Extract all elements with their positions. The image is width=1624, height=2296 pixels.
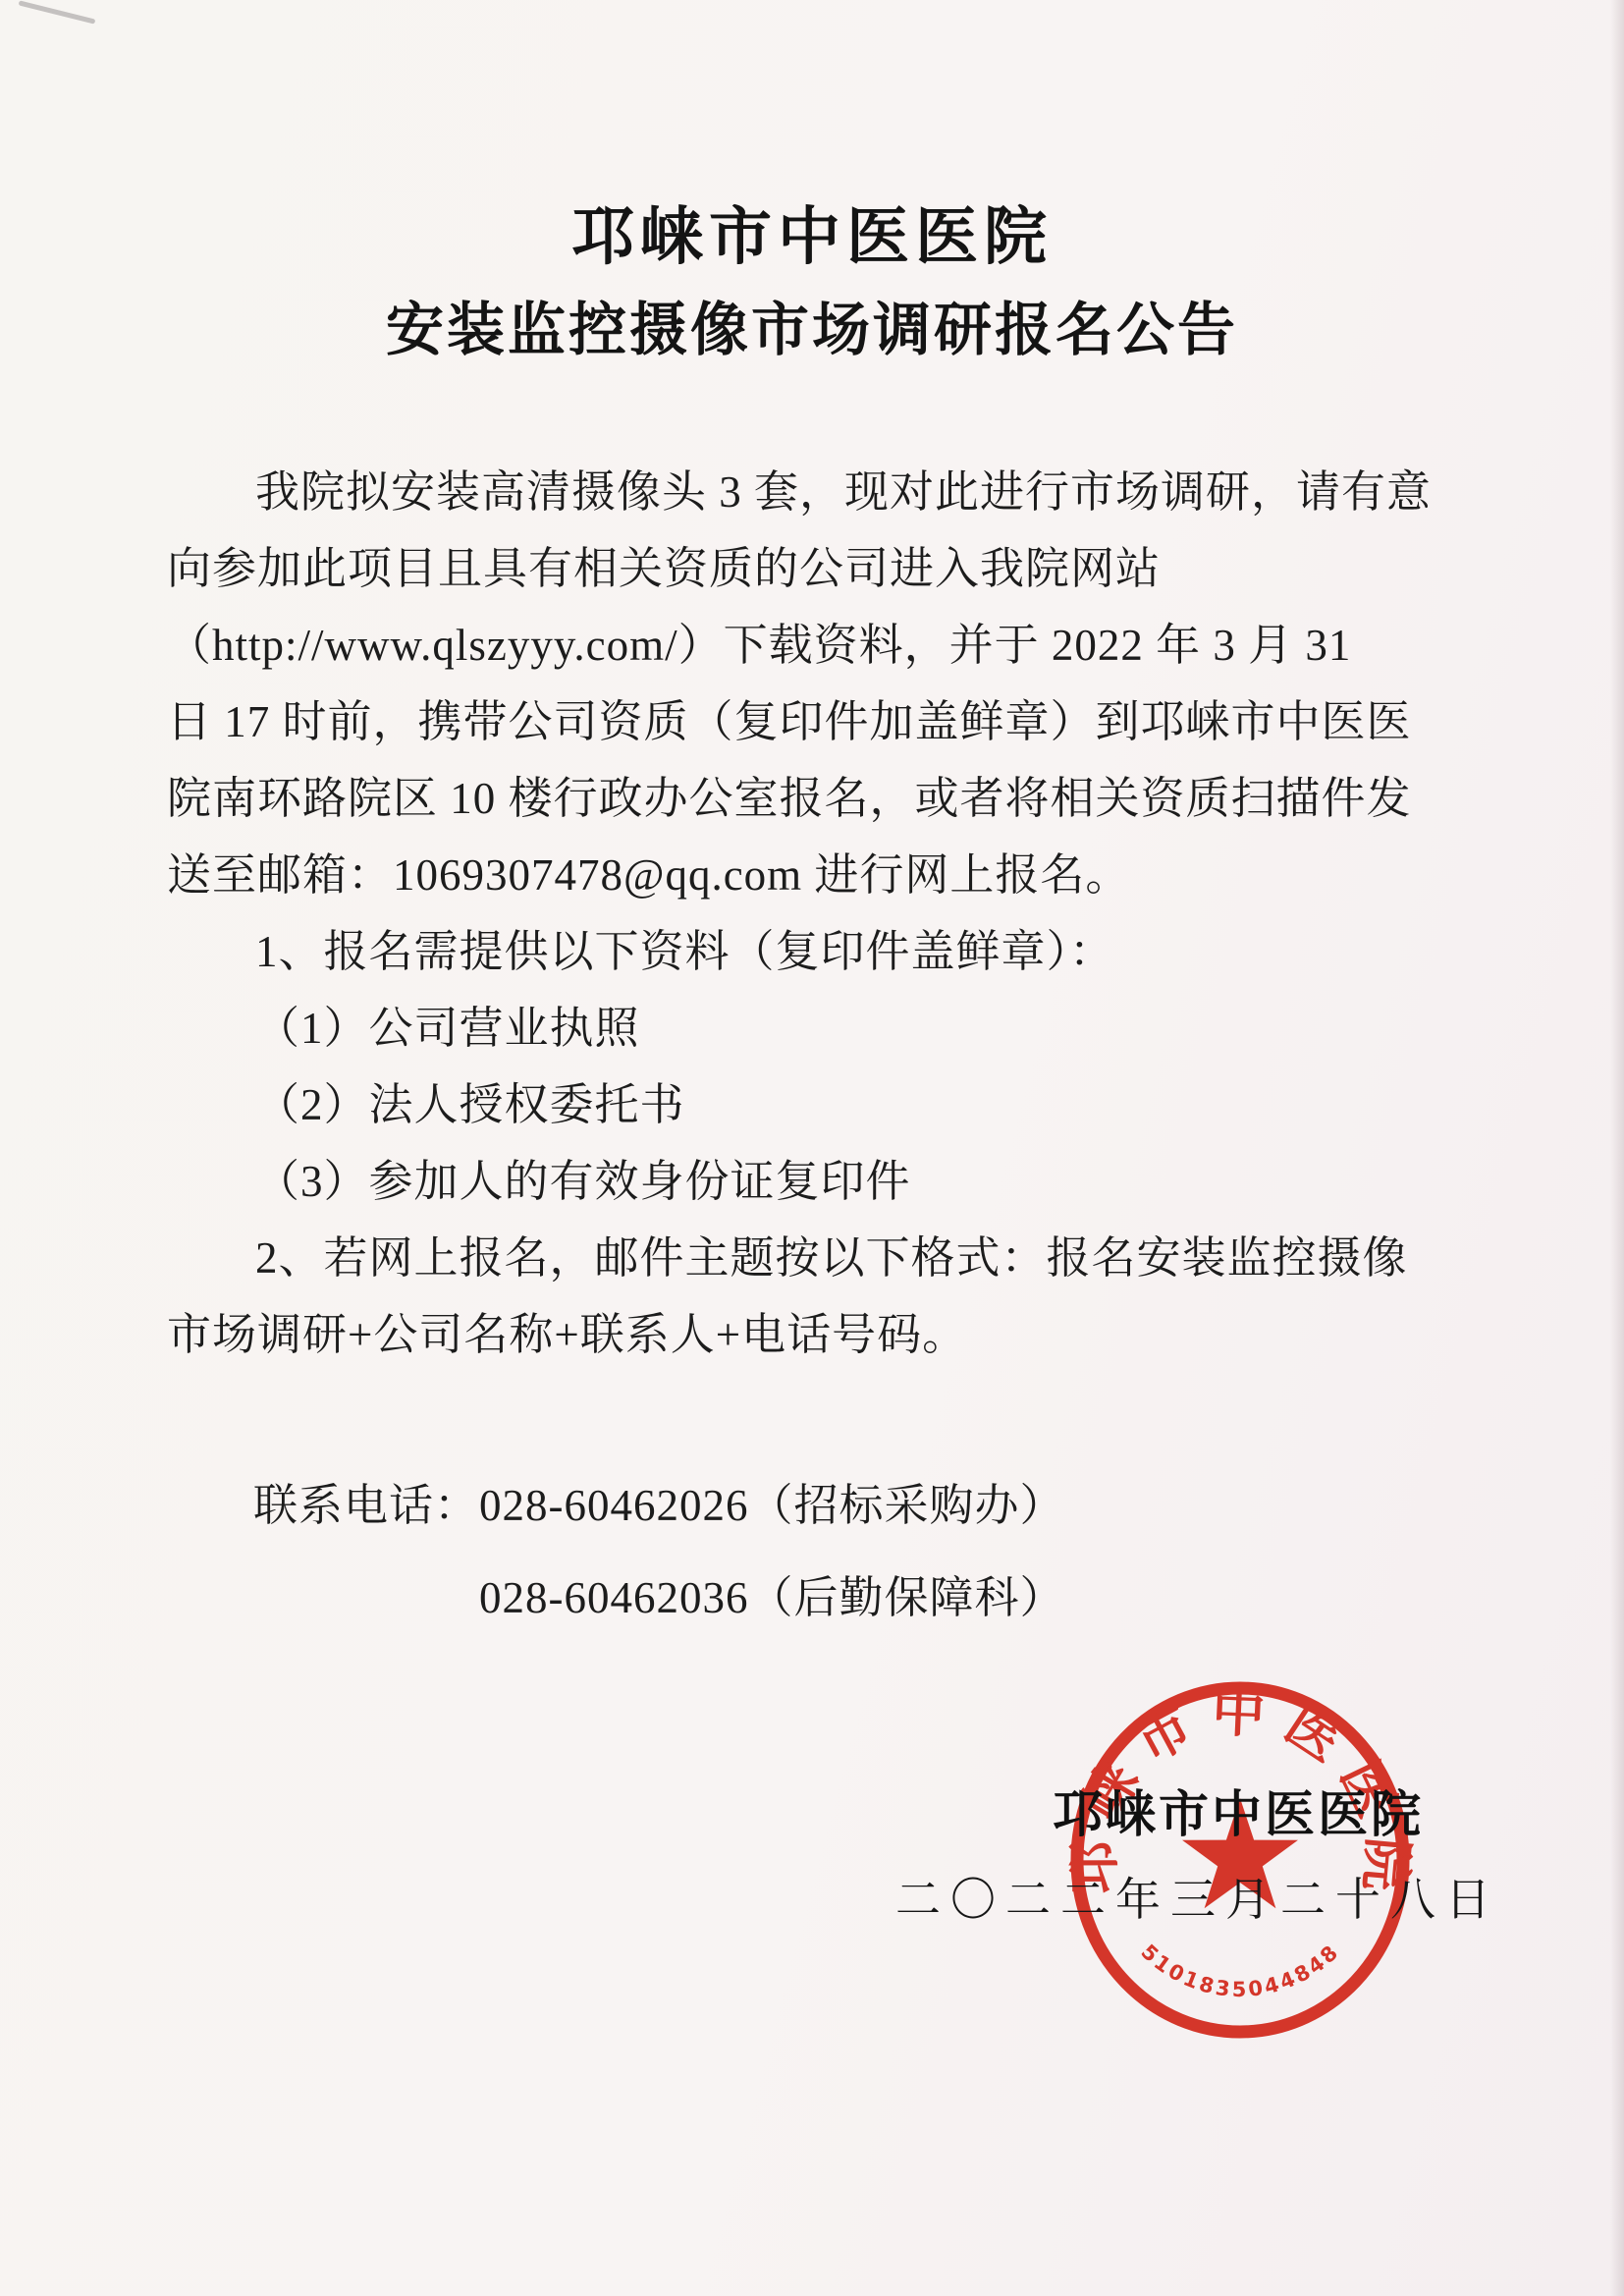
body-line: 日 17 时前，携带公司资质（复印件加盖鲜章）到邛崃市中医医 (167, 683, 1463, 760)
body-line: 院南环路院区 10 楼行政办公室报名，或者将相关资质扫描件发 (167, 760, 1463, 837)
document-title-line1: 邛崃市中医医院 (167, 187, 1457, 277)
document-title-line2: 安装监控摄像市场调研报名公告 (167, 283, 1457, 366)
body-line-item-1: 1、报名需提供以下资料（复印件盖鲜章）： (167, 913, 1463, 990)
signature-org: 邛崃市中医医院 (1053, 1774, 1424, 1846)
official-seal: 邛崃市中医医院 5101835044848 (1058, 1671, 1424, 2052)
body-line: 送至邮箱：1069307478@qq.com 进行网上报名。 (167, 837, 1463, 913)
body-line-item-1-2: （2）法人授权委托书 (167, 1066, 1463, 1143)
body-line: 向参加此项目且具有相关资质的公司进入我院网站 (167, 530, 1463, 607)
body-line-item-1-1: （1）公司营业执照 (167, 990, 1463, 1066)
announcement-body: 我院拟安装高清摄像头 3 套，现对此进行市场调研，请有意 向参加此项目且具有相关… (167, 454, 1463, 1373)
scan-edge-shadow (1610, 0, 1624, 2296)
contact-info: 联系电话：028-60462026（招标采购办） 028-60462036（后勤… (167, 1459, 1463, 1644)
contact-phone-1: 联系电话：028-60462026（招标采购办） (167, 1459, 1463, 1552)
body-line-item-1-3: （3）参加人的有效身份证复印件 (167, 1143, 1463, 1220)
body-line: 我院拟安装高清摄像头 3 套，现对此进行市场调研，请有意 (167, 454, 1463, 530)
signature-date: 二〇二二年三月二十八日 (895, 1864, 1500, 1929)
contact-phone-2: 028-60462036（后勤保障科） (167, 1552, 1463, 1644)
seal-serial-number: 5101835044848 (1136, 1940, 1344, 2001)
body-line-item-2: 2、若网上报名，邮件主题按以下格式：报名安装监控摄像 (167, 1220, 1463, 1296)
scan-artifact (19, 0, 96, 24)
body-line: 市场调研+公司名称+联系人+电话号码。 (167, 1296, 1463, 1373)
document-page: 邛崃市中医医院 安装监控摄像市场调研报名公告 我院拟安装高清摄像头 3 套，现对… (0, 0, 1624, 2296)
body-line: （http://www.qlszyyy.com/）下载资料，并于 2022 年 … (167, 607, 1463, 683)
